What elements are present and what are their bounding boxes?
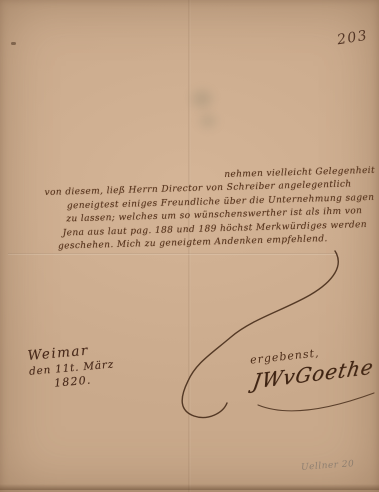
body-text: nehmen vielleicht Gelegenheit von diesem… — [44, 165, 377, 255]
letter-page: 203 nehmen vielleicht Gelegenheit von di… — [0, 0, 379, 492]
seal-stain-lower — [190, 105, 226, 137]
page-number: 203 — [336, 28, 369, 49]
bottom-edge-crease — [0, 484, 379, 490]
pencil-note: Uellner 20 — [301, 459, 355, 473]
ink-speck — [11, 42, 16, 45]
dateline: Weimar den 11t. März 1820. — [27, 341, 116, 392]
